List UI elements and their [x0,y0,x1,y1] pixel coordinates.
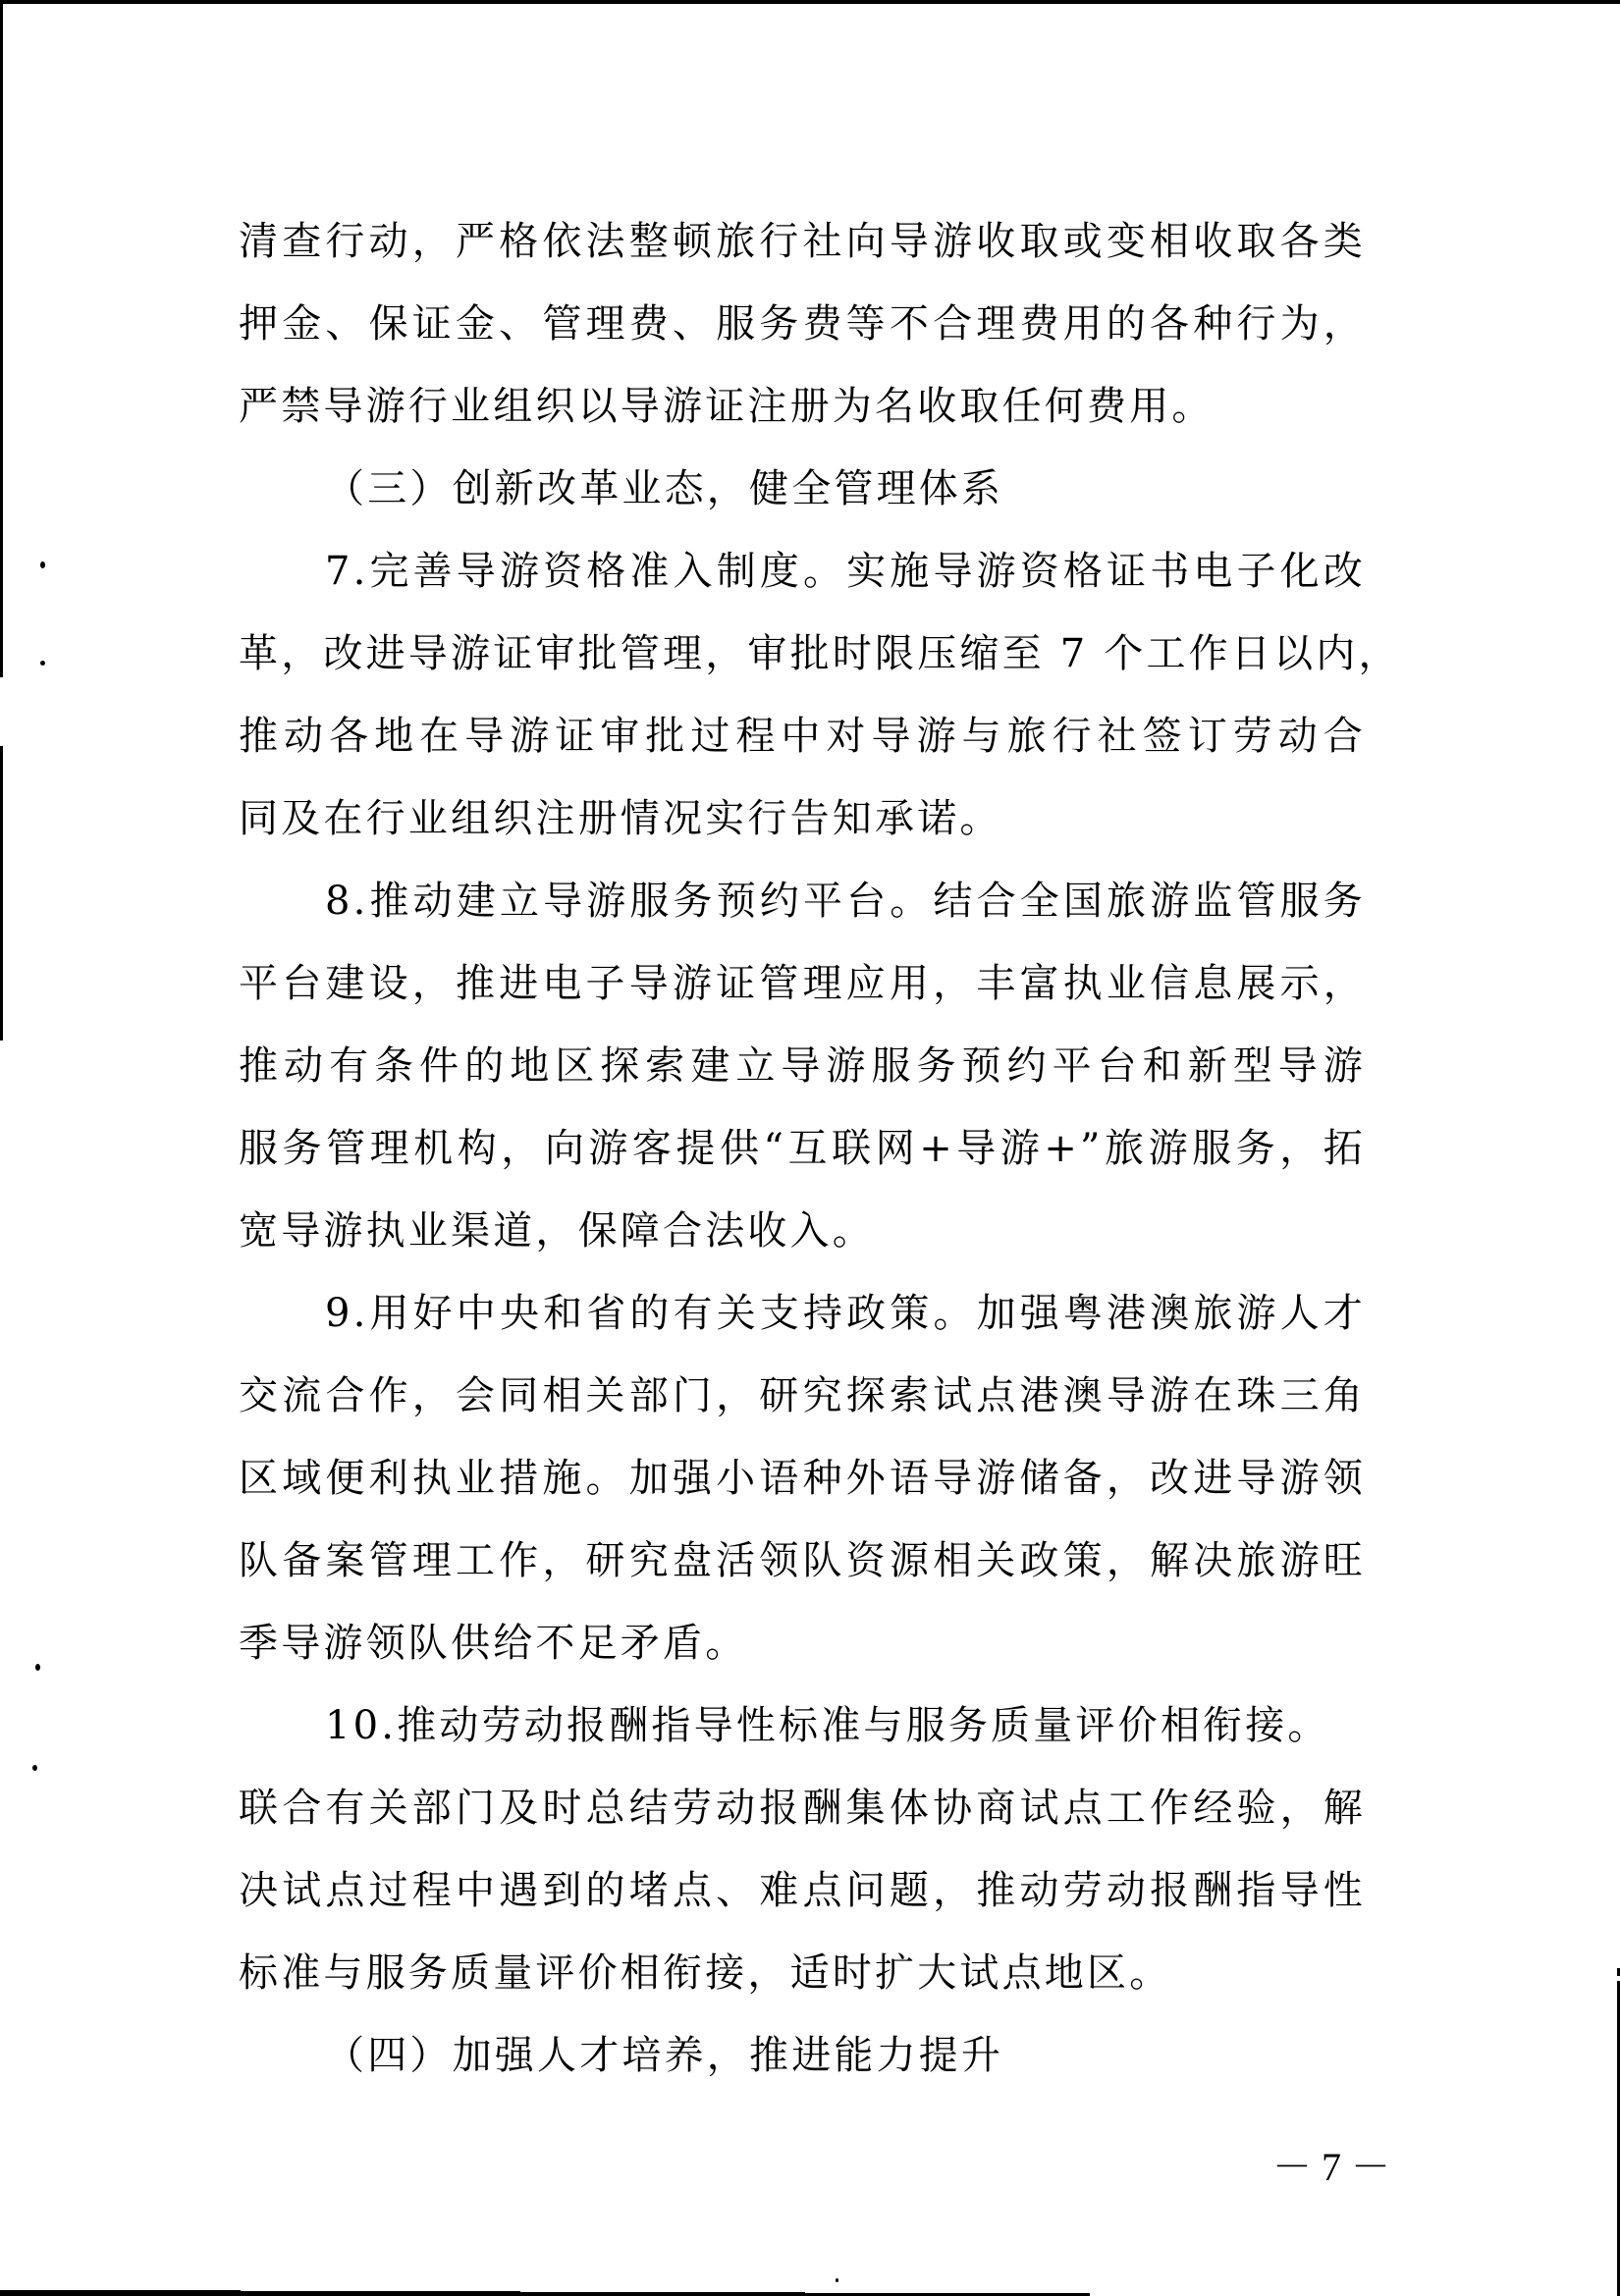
scan-border-bottom [520,2292,805,2296]
page-number: － 7 － [1272,2146,1390,2189]
text-line: 宽导游执业渠道，保障合法收入。 [239,1209,1366,1253]
text-line: 革，改进导游证审批管理，审批时限压缩至 7 个工作日以内， [239,632,1366,675]
text-line: 标准与服务质量评价相衔接，适时扩大试点地区。 [239,1951,1366,1995]
text-line: 10.推动劳动报酬指导性标准与服务质量评价相衔接。 [239,1704,1366,1747]
scan-border-bottom [241,2291,520,2296]
text-line: 7.完善导游资格准入制度。实施导游资格证书电子化改 [239,550,1366,593]
text-line: 8.推动建立导游服务预约平台。结合全国旅游监管服务 [239,880,1366,923]
scan-speck [32,1765,37,1771]
text-line: 9.用好中央和省的有关支持政策。加强粤港澳旅游人才 [239,1292,1366,1335]
scan-border-top [0,0,1620,4]
section-heading: （四）加强人才培养，推进能力提升 [239,2034,1366,2077]
text-line: 平台建设，推进电子导游证管理应用，丰富执业信息展示， [239,962,1366,1005]
scan-border-bottom [0,2290,241,2296]
text-line: 服务管理机构，向游客提供“互联网+导游+”旅游服务，拓 [239,1127,1366,1170]
section-heading: （三）创新改革业态，健全管理体系 [239,467,1366,510]
scan-speck [35,1664,40,1671]
text-line: 队备案管理工作，研究盘活领队资源相关政策，解决旅游旺 [239,1539,1366,1582]
text-line: 推动各地在导游证审批过程中对导游与旅行社签订劳动合 [239,715,1366,758]
text-line: 区域便利执业措施。加强小语种外语导游储备，改进导游领 [239,1457,1366,1500]
scan-speck [40,661,45,666]
document-page: 清查行动，严格依法整顿旅行社向导游收取或变相收取各类押金、保证金、管理费、服务费… [0,0,1620,2296]
scan-speck [40,561,45,568]
text-line: 推动有条件的地区探索建立导游服务预约平台和新型导游 [239,1044,1366,1088]
scan-border-left [0,0,3,677]
text-line: 同及在行业组织注册情况实行告知承诺。 [239,797,1366,840]
scan-speck [836,2278,838,2282]
scan-border-left-lower [0,746,3,1041]
text-line: 严禁导游行业组织以导游证注册为名收取任何费用。 [239,385,1366,428]
text-line: 交流合作，会同相关部门，研究探索试点港澳导游在珠三角 [239,1374,1366,1417]
text-line: 季导游领队供给不足矛盾。 [239,1622,1366,1665]
text-line: 决试点过程中遇到的堵点、难点问题，推动劳动报酬指导性 [239,1869,1366,1912]
text-line: 清查行动，严格依法整顿旅行社向导游收取或变相收取各类 [239,220,1366,263]
text-line: 押金、保证金、管理费、服务费等不合理费用的各种行为， [239,302,1366,346]
text-line: 联合有关部门及时总结劳动报酬集体协商试点工作经验，解 [239,1787,1366,1830]
